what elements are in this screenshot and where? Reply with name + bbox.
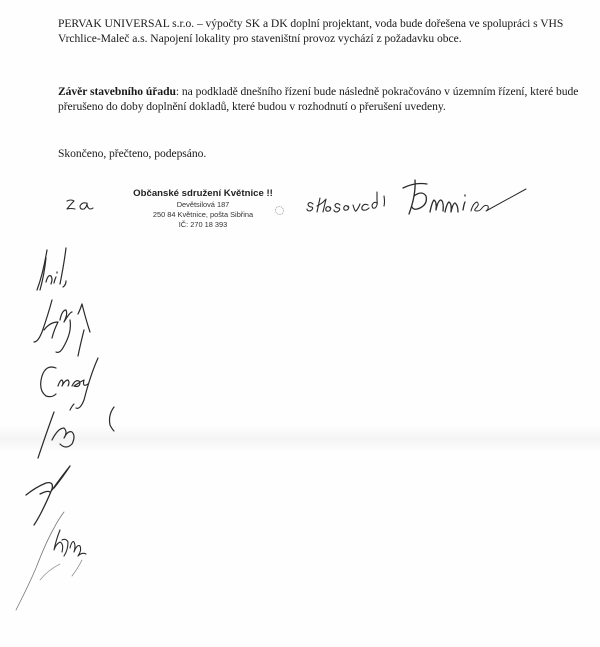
stamp-ic: IČ: 270 18 393 — [118, 220, 288, 230]
paragraph-line: PERVAK UNIVERSAL s.r.o. – výpočty SK a D… — [58, 17, 598, 32]
paragraph-line: Závěr stavebního úřadu: na podkladě dneš… — [58, 85, 598, 100]
scan-artifact-band — [0, 425, 600, 453]
signature-right-top — [403, 180, 526, 214]
signature-left-3 — [41, 358, 98, 408]
conclusion-text: : na podkladě dnešního řízení bude násle… — [176, 85, 578, 98]
stamp-seal-mark — [275, 206, 284, 215]
paragraph-closing: Skončeno, přečteno, podepsáno. — [58, 147, 598, 162]
signature-left-1 — [37, 248, 66, 290]
signature-hosovcova — [307, 192, 385, 212]
conclusion-heading: Závěr stavebního úřadu — [58, 85, 176, 98]
paragraph-line: Vrchlice-Maleč a.s. Napojení lokality pr… — [58, 32, 598, 47]
organization-stamp: Občanské sdružení Květnice !! Devětsilov… — [118, 188, 288, 230]
stamp-organization-name: Občanské sdružení Květnice !! — [118, 188, 288, 200]
paragraph-conclusion: Závěr stavebního úřadu: na podkladě dneš… — [58, 85, 598, 114]
scanned-document-page: PERVAK UNIVERSAL s.r.o. – výpočty SK a D… — [0, 0, 600, 647]
handwritten-za — [67, 200, 93, 209]
closing-line: Skončeno, přečteno, podepsáno. — [58, 147, 598, 162]
paragraph-pervak: PERVAK UNIVERSAL s.r.o. – výpočty SK a D… — [58, 17, 598, 46]
stamp-city: 250 84 Květnice, pošta Sibřina — [118, 210, 288, 220]
signature-left-5 — [26, 466, 70, 525]
stamp-street: Devětsilová 187 — [118, 200, 288, 210]
signature-left-6 — [16, 512, 86, 610]
paragraph-line: přerušeno do doby doplnění dokladů, kter… — [58, 100, 598, 115]
signature-left-2 — [34, 300, 90, 356]
